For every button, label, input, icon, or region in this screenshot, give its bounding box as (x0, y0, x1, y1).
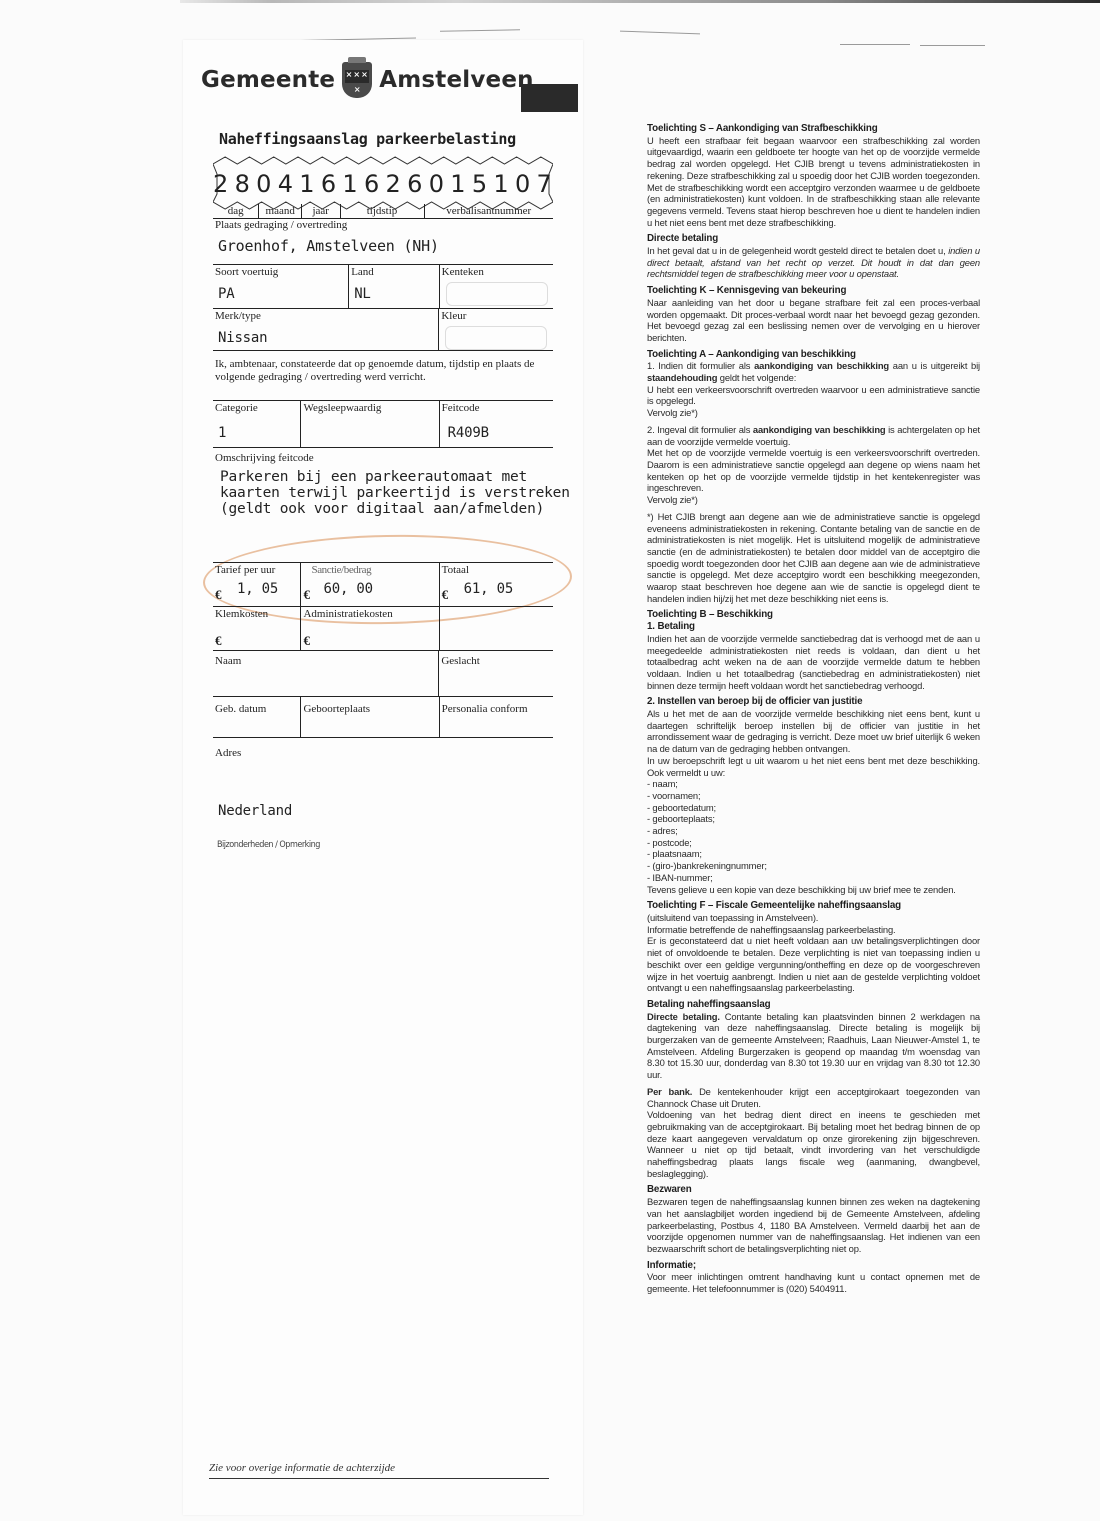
license-plate-cell: Kenteken (439, 265, 553, 309)
offense-code-cell: Feitcode R409B (439, 401, 553, 447)
text-bold: Directe betaling. (647, 1011, 720, 1022)
clamp-costs-label: Klemkosten (215, 608, 268, 620)
municipality-header: Gemeente ××× × Amstelveen (201, 62, 534, 98)
sanction-label: Sanctie/bedrag (311, 564, 371, 576)
section-payment: Betaling naheffingsaanslag Directe betal… (647, 999, 980, 1180)
section-information: Informatie; Voor meer inlichtingen omtre… (647, 1260, 980, 1295)
page-edge-line (620, 31, 700, 35)
category-label: Categorie (215, 402, 258, 414)
description-value: Parkeren bij een parkeerautomaat met kaa… (220, 469, 570, 517)
text-bold: Per bank. (647, 1086, 692, 1097)
gender-label: Geslacht (441, 655, 479, 667)
make-value: Nissan (218, 330, 267, 346)
gender-cell: Geslacht (438, 651, 553, 697)
address-label: Adres (215, 747, 241, 759)
payment-bank: Per bank. De kentekenhouder krijgt een a… (647, 1086, 980, 1109)
section-a-p1f: U hebt een verkeersvoorschrift overtrede… (647, 384, 980, 407)
text-bold: staandehouding (647, 372, 717, 383)
section-a-heading: Toelichting A – Aankondiging van beschik… (647, 349, 980, 361)
hourly-rate-cell: Tarief per uur € 1, 05 (213, 563, 300, 607)
officer-statement: Ik, ambtenaar, constateerde dat op genoe… (215, 358, 555, 384)
total-value: 61, 05 (464, 581, 513, 597)
section-a-p2d: Met het op de voorzijde vermelde voertui… (647, 447, 980, 494)
list-item: - geboortedatum; (647, 802, 980, 814)
divider (213, 350, 553, 351)
payment-bank-2: Voldoening van het bedrag dient direct e… (647, 1109, 980, 1179)
make-cell: Merk/type Nissan (213, 309, 438, 351)
clamp-costs-cell: Klemkosten € (213, 607, 300, 651)
required-details-list: - naam; - voornamen; - geboortedatum; - … (647, 778, 980, 883)
make-label: Merk/type (215, 310, 261, 322)
text: 2. Ingeval dit formulier als (647, 424, 750, 435)
section-a-p1g: Vervolg zie*) (647, 407, 980, 419)
list-item: - voornamen; (647, 790, 980, 802)
address-value: Nederland (218, 803, 292, 819)
section-a-p1: 1. Indien dit formulier als aankondiging… (647, 360, 980, 383)
vehicle-row: Soort voertuig PA Land NL Kenteken (213, 264, 553, 309)
section-information-body: Voor meer inlichtingen omtrent handhavin… (647, 1271, 980, 1294)
category-value: 1 (218, 425, 226, 441)
amount-row: Tarief per uur € 1, 05 Sanctie/bedrag € … (213, 562, 553, 607)
text: De kentekenhouder krijgt een acceptgirok… (647, 1086, 980, 1109)
section-b: Toelichting B – Beschikking 1. Betaling … (647, 609, 980, 895)
country-cell: Land NL (348, 265, 438, 309)
label-verbalisantnummer: verbalisantnummer (424, 204, 553, 218)
license-plate-label: Kenteken (442, 266, 484, 278)
text-bold: aankondiging van beschikking (754, 360, 889, 371)
section-information-heading: Informatie; (647, 1260, 980, 1272)
assessment-number: 2804161626015107 (213, 170, 553, 198)
label-jaar: jaar (301, 204, 340, 218)
section-a-footnote: *) Het CJIB brengt aan degene aan wie de… (647, 511, 980, 605)
color-field (445, 326, 547, 350)
color-label: Kleur (441, 310, 466, 322)
scan-edge (180, 0, 1100, 3)
section-k: Toelichting K – Kennisgeving van bekeuri… (647, 285, 980, 344)
section-objections: Bezwaren Bezwaren tegen de naheffingsaan… (647, 1184, 980, 1254)
make-row: Merk/type Nissan Kleur (213, 308, 553, 351)
admin-costs-cell: Administratiekosten € (300, 607, 438, 651)
section-s-body: U heeft een strafbaar feit begaan waarvo… (647, 135, 980, 229)
list-item: - naam; (647, 778, 980, 790)
section-payment-heading: Betaling naheffingsaanslag (647, 999, 980, 1011)
section-a-p2e: Vervolg zie*) (647, 494, 980, 506)
vehicle-type-cell: Soort voertuig PA (213, 265, 348, 309)
shield-crest-icon: ××× × (342, 62, 372, 98)
payment-direct: Directe betaling. Contante betaling kan … (647, 1011, 980, 1081)
list-item: - IBAN-nummer; (647, 872, 980, 884)
section-b-body3: In uw beroepschrift legt u uit waarom u … (647, 755, 980, 778)
section-k-heading: Toelichting K – Kennisgeving van bekeuri… (647, 285, 980, 297)
license-plate-field (446, 282, 548, 306)
euro-symbol: € (215, 633, 222, 649)
page-edge-line (440, 29, 520, 31)
section-s: Toelichting S – Aankondiging van Strafbe… (647, 123, 980, 228)
euro-symbol: € (303, 587, 310, 603)
total-cell: Totaal € 61, 05 (439, 563, 553, 607)
section-direct-body: In het geval dat u in de gelegenheid wor… (647, 245, 980, 280)
euro-symbol: € (442, 587, 449, 603)
section-b-heading: Toelichting B – Beschikking (647, 609, 980, 621)
section-b-sub2: 2. Instellen van beroep bij de officier … (647, 696, 980, 708)
location-label: Plaats gedraging / overtreding (215, 219, 347, 231)
name-cell: Naam (213, 651, 438, 697)
section-a: Toelichting A – Aankondiging van beschik… (647, 349, 980, 605)
towable-label: Wegsleepwaardig (303, 402, 381, 414)
section-f: Toelichting F – Fiscale Gemeentelijke na… (647, 900, 980, 994)
text: aan u is uitgereikt bij (893, 360, 980, 371)
total-label: Totaal (442, 564, 469, 576)
country-label: Land (351, 266, 374, 278)
empty-cell (439, 607, 553, 651)
number-segment-labels: dag maand jaar tijdstip verbalisantnumme… (213, 204, 553, 219)
page-edge-line (840, 44, 910, 45)
list-item: - plaatsnaam; (647, 848, 980, 860)
sanction-cell: Sanctie/bedrag € 60, 00 (300, 563, 438, 607)
location-value: Groenhof, Amstelveen (NH) (218, 237, 439, 255)
section-objections-body: Bezwaren tegen de naheffingsaanslag kunn… (647, 1196, 980, 1255)
category-row: Categorie 1 Wegsleepwaardig Feitcode R40… (213, 400, 553, 448)
text: 1. Indien dit formulier als (647, 360, 750, 371)
admin-costs-label: Administratiekosten (303, 608, 392, 620)
euro-symbol: € (215, 587, 222, 603)
birth-place-cell: Geboorteplaats (300, 697, 438, 737)
info-column: Toelichting S – Aankondiging van Strafbe… (647, 123, 980, 1300)
list-item: - adres; (647, 825, 980, 837)
offense-code-label: Feitcode (442, 402, 480, 414)
section-direct-heading: Directe betaling (647, 233, 980, 245)
birth-date-cell: Geb. datum (213, 697, 300, 737)
section-a-p2: 2. Ingeval dit formulier als aankondigin… (647, 424, 980, 447)
section-b-body1: Indien het aan de voorzijde vermelde san… (647, 633, 980, 692)
brand-left: Gemeente (201, 67, 335, 93)
text-bold: aankondiging van beschikking (753, 424, 886, 435)
name-label: Naam (215, 655, 241, 667)
section-b-sub1: 1. Betaling (647, 621, 980, 633)
section-b-body4: Tevens gelieve u een kopie van deze besc… (647, 884, 980, 896)
page-edge-line (920, 45, 985, 46)
color-cell: Kleur (438, 309, 553, 351)
direct-body-text: In het geval dat u in de gelegenheid wor… (647, 245, 946, 256)
list-item: - postcode; (647, 837, 980, 849)
offense-code-value: R409B (448, 425, 489, 441)
description-label: Omschrijving feitcode (215, 452, 314, 464)
section-direct: Directe betaling In het geval dat u in d… (647, 233, 980, 280)
redaction-box (521, 84, 578, 112)
vehicle-type-label: Soort voertuig (215, 266, 278, 278)
name-row: Naam Geslacht (213, 650, 553, 697)
section-s-heading: Toelichting S – Aankondiging van Strafbe… (647, 123, 980, 135)
birth-row: Geb. datum Geboorteplaats Personalia con… (213, 696, 553, 738)
remark-label: Bijzonderheden / Opmerking (217, 840, 320, 850)
text: geldt het volgende: (720, 372, 796, 383)
towable-cell: Wegsleepwaardig (300, 401, 438, 447)
brand-right: Amstelveen (379, 67, 534, 93)
birth-place-label: Geboorteplaats (303, 703, 370, 715)
category-cell: Categorie 1 (213, 401, 300, 447)
euro-symbol: € (303, 633, 310, 649)
list-item: - (giro-)bankrekeningnummer; (647, 860, 980, 872)
list-item: - geboorteplaats; (647, 813, 980, 825)
section-f-body: (uitsluitend van toepassing in Amstelvee… (647, 912, 980, 994)
vehicle-type-value: PA (218, 286, 234, 302)
section-objections-heading: Bezwaren (647, 1184, 980, 1196)
personalia-cell: Personalia conform (439, 697, 553, 737)
section-b-body2: Als u het met de aan de voorzijde vermel… (647, 708, 980, 755)
personalia-label: Personalia conform (442, 703, 528, 715)
sanction-value: 60, 00 (323, 581, 372, 597)
footer-note: Zie voor overige informatie de achterzij… (209, 1462, 549, 1479)
birth-date-label: Geb. datum (215, 703, 266, 715)
parking-ticket: Gemeente ××× × Amstelveen Naheffingsaans… (183, 40, 583, 1515)
label-dag: dag (213, 204, 258, 218)
document-title: Naheffingsaanslag parkeerbelasting (219, 130, 516, 148)
label-maand: maand (258, 204, 301, 218)
costs-row: Klemkosten € Administratiekosten € (213, 606, 553, 651)
hourly-rate-label: Tarief per uur (215, 564, 275, 576)
country-value: NL (354, 286, 370, 302)
section-f-heading: Toelichting F – Fiscale Gemeentelijke na… (647, 900, 980, 912)
hourly-rate-value: 1, 05 (237, 581, 278, 597)
label-tijdstip: tijdstip (340, 204, 424, 218)
section-k-body: Naar aanleiding van het door u begane st… (647, 297, 980, 344)
